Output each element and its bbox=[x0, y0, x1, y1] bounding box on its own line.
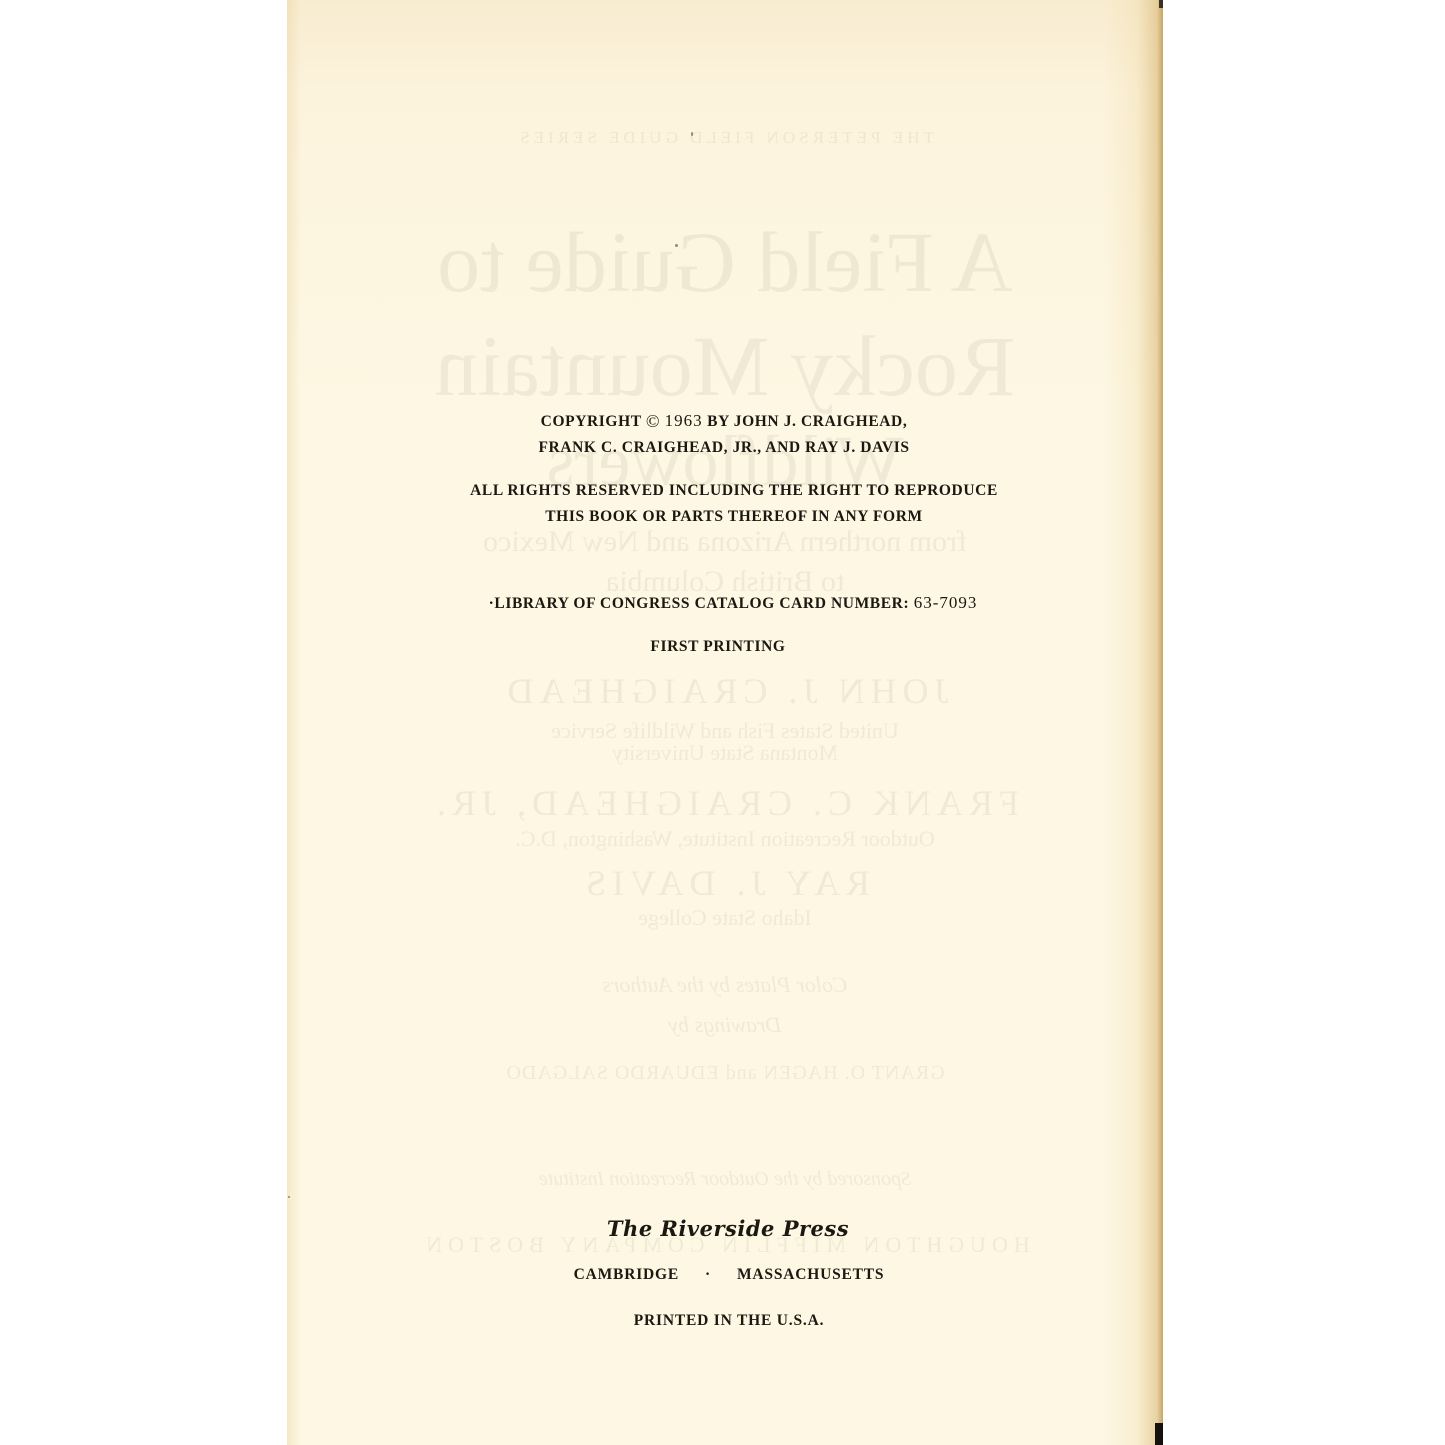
paper-speck bbox=[288, 1196, 290, 1198]
page-edge-shadow bbox=[1159, 0, 1163, 8]
paper-speck bbox=[675, 244, 678, 247]
lccn-number: 63-7093 bbox=[914, 593, 978, 612]
press-name: The Riverside Press bbox=[290, 1216, 1166, 1241]
rights-statement: ALL RIGHTS RESERVED INCLUDING THE RIGHT … bbox=[296, 478, 1172, 530]
ghost-author1: JOHN J. CRAIGHEAD bbox=[287, 670, 1163, 712]
ghost-author2: FRANK C. CRAIGHEAD, JR. bbox=[287, 782, 1163, 824]
rights-line-2: THIS BOOK OR PARTS THEREOF IN ANY FORM bbox=[296, 504, 1172, 530]
location-separator: · bbox=[705, 1266, 711, 1284]
publisher-state: MASSACHUSETTS bbox=[737, 1266, 884, 1283]
ghost-drawings-credit: Drawings by bbox=[287, 1012, 1163, 1038]
copyright-holder-1: BY JOHN J. CRAIGHEAD, bbox=[707, 413, 907, 430]
ghost-series: THE PETERSON FIELD GUIDE SERIES bbox=[287, 128, 1163, 148]
ghost-title-line2: Rocky Mountain bbox=[287, 316, 1163, 416]
lccn-line: ·LIBRARY OF CONGRESS CATALOG CARD NUMBER… bbox=[295, 590, 1171, 617]
copyright-symbol-icon: © bbox=[646, 408, 660, 434]
copyright-year: 1963 bbox=[665, 411, 703, 430]
publisher-city: CAMBRIDGE bbox=[574, 1266, 679, 1283]
book-page: THE PETERSON FIELD GUIDE SERIES A Field … bbox=[287, 0, 1163, 1445]
rights-line-1: ALL RIGHTS RESERVED INCLUDING THE RIGHT … bbox=[296, 478, 1172, 504]
lccn-statement: ·LIBRARY OF CONGRESS CATALOG CARD NUMBER… bbox=[295, 590, 1171, 617]
ghost-author3-affiliation: Idaho State College bbox=[287, 905, 1163, 931]
ghost-sponsor: Sponsored by the Outdoor Recreation Inst… bbox=[287, 1168, 1163, 1191]
ghost-author3: RAY J. DAVIS bbox=[287, 862, 1163, 904]
publisher-location: CAMBRIDGE·MASSACHUSETTS bbox=[291, 1266, 1167, 1284]
ghost-artists: GRANT O. HAGEN and EDUARDO SALGADO bbox=[287, 1062, 1163, 1085]
ghost-author1-affiliation1: United States Fish and Wildlife Service bbox=[287, 718, 1163, 744]
paper-speck bbox=[691, 132, 693, 136]
copyright-line-2: FRANK C. CRAIGHEAD, JR., AND RAY J. DAVI… bbox=[286, 435, 1162, 461]
lccn-label: ·LIBRARY OF CONGRESS CATALOG CARD NUMBER… bbox=[489, 595, 910, 612]
copyright-notice: COPYRIGHT © 1963 BY JOHN J. CRAIGHEAD, F… bbox=[286, 408, 1162, 461]
ghost-subtitle-line1: from northern Arizona and New Mexico bbox=[287, 525, 1163, 559]
printed-in-statement: PRINTED IN THE U.S.A. bbox=[291, 1312, 1167, 1330]
copyright-label: COPYRIGHT bbox=[541, 413, 642, 430]
printing-statement: FIRST PRINTING bbox=[280, 634, 1156, 660]
copyright-line-1: COPYRIGHT © 1963 BY JOHN J. CRAIGHEAD, bbox=[286, 408, 1162, 435]
ghost-author1-affiliation2: Montana State University bbox=[287, 740, 1163, 766]
ghost-author2-affiliation: Outdoor Recreation Institute, Washington… bbox=[287, 826, 1163, 852]
ghost-title-line1: A Field Guide to bbox=[287, 212, 1163, 312]
page-edge-shadow bbox=[1155, 1423, 1163, 1445]
ghost-plates-credit: Color Plates by the Authors bbox=[287, 972, 1163, 998]
